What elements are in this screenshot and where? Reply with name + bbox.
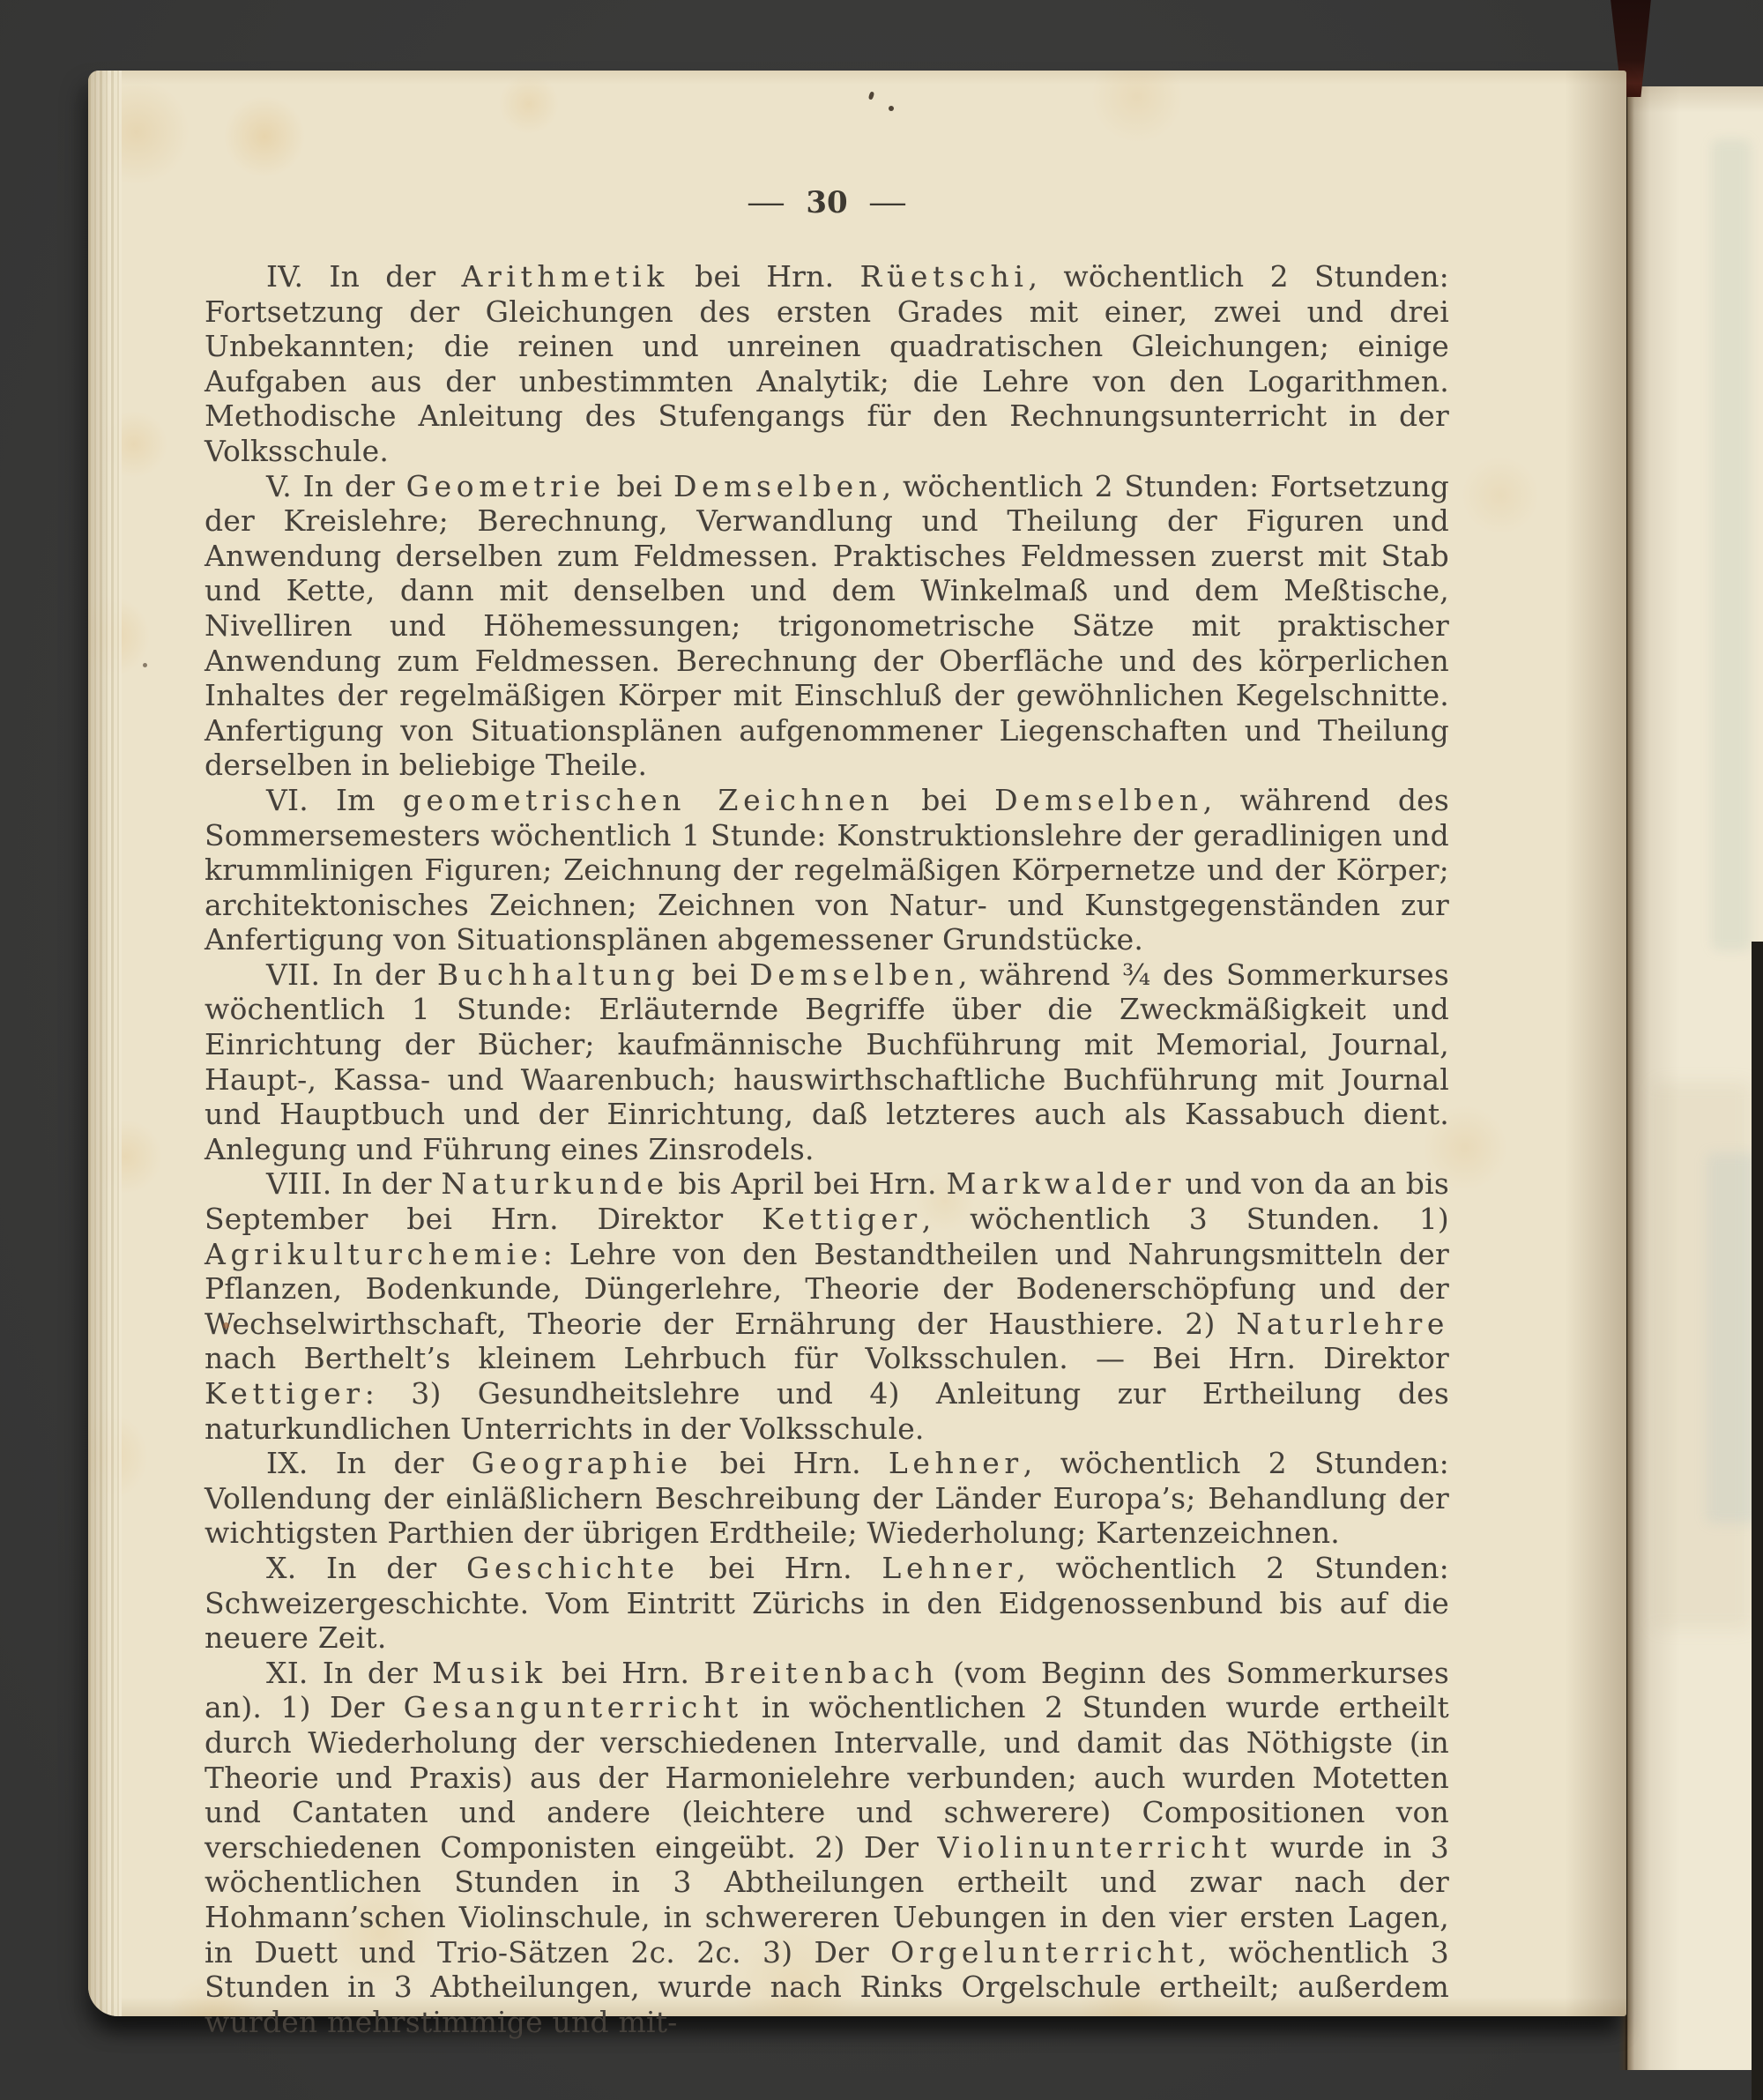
book-cover-edge (1752, 942, 1763, 2100)
foxing-dot (494, 1846, 498, 1851)
emphasized-text: Demselben (749, 957, 958, 992)
page-content: — 30 — IV. In der Arithmetik bei Hrn. Rü… (205, 182, 1449, 2039)
page-number-dash-left: — (747, 185, 785, 220)
emphasized-text: Kettiger (205, 1376, 365, 1411)
page-edge-stack (88, 71, 122, 2016)
page-number: — 30 — (205, 182, 1449, 224)
paragraph-vii: VII. In der Buchhaltung bei Demselben, w… (205, 957, 1449, 1167)
emphasized-text: Markwalder (946, 1166, 1175, 1201)
book-scan-photo: — 30 — IV. In der Arithmetik bei Hrn. Rü… (0, 0, 1763, 2100)
paragraph-vi: VI. Im geometrischen Zeichnen bei Demsel… (205, 783, 1449, 957)
emphasized-text: Naturlehre (1236, 1307, 1449, 1341)
foxing-dot (223, 1322, 229, 1329)
emphasized-text: geometrischen Zeichnen (403, 783, 894, 817)
page-number-dash-right: — (868, 185, 907, 220)
emphasized-text: Buchhaltung (437, 957, 680, 992)
emphasized-text: Gesangunterricht (404, 1690, 743, 1724)
emphasized-text: Naturkunde (442, 1166, 669, 1201)
emphasized-text: Geographie (472, 1446, 693, 1480)
emphasized-text: Demselben (673, 469, 882, 503)
paragraph-ix: IX. In der Geographie bei Hrn. Lehner, w… (205, 1446, 1449, 1551)
emphasized-text: Rüetschi (860, 259, 1029, 294)
emphasized-text: Geometrie (406, 469, 606, 503)
emphasized-text: Musik (432, 1656, 547, 1690)
page-number-value: 30 (806, 185, 847, 220)
emphasized-text: Lehner (889, 1446, 1023, 1480)
paragraph-viii: VIII. In der Naturkunde bis April bei Hr… (205, 1166, 1449, 1446)
paragraph-v: V. In der Geometrie bei Demselben, wöche… (205, 469, 1449, 783)
show-through-text-ghost (1712, 139, 1751, 950)
paragraph-iv: IV. In der Arithmetik bei Hrn. Rüetschi,… (205, 259, 1449, 469)
ink-speck (889, 106, 894, 111)
book-page: — 30 — IV. In der Arithmetik bei Hrn. Rü… (88, 71, 1626, 2016)
emphasized-text: Geschichte (466, 1551, 680, 1585)
emphasized-text: Demselben (994, 783, 1203, 817)
paragraph-x: X. In der Geschichte bei Hrn. Lehner, wö… (205, 1551, 1449, 1656)
next-page-edge (1627, 86, 1763, 2070)
ink-speck (143, 663, 147, 667)
emphasized-text: Agrikulturchemie (205, 1237, 543, 1271)
emphasized-text: Orgelunterricht (890, 1935, 1198, 1970)
paragraph-xi: XI. In der Musik bei Hrn. Breitenbach (v… (205, 1656, 1449, 2040)
text-column: IV. In der Arithmetik bei Hrn. Rüetschi,… (205, 259, 1449, 2039)
emphasized-text: Violinunterricht (938, 1830, 1252, 1865)
emphasized-text: Breitenbach (703, 1656, 938, 1690)
emphasized-text: Lehner (881, 1551, 1016, 1585)
emphasized-text: Arithmetik (462, 259, 669, 294)
emphasized-text: Kettiger (762, 1202, 922, 1236)
